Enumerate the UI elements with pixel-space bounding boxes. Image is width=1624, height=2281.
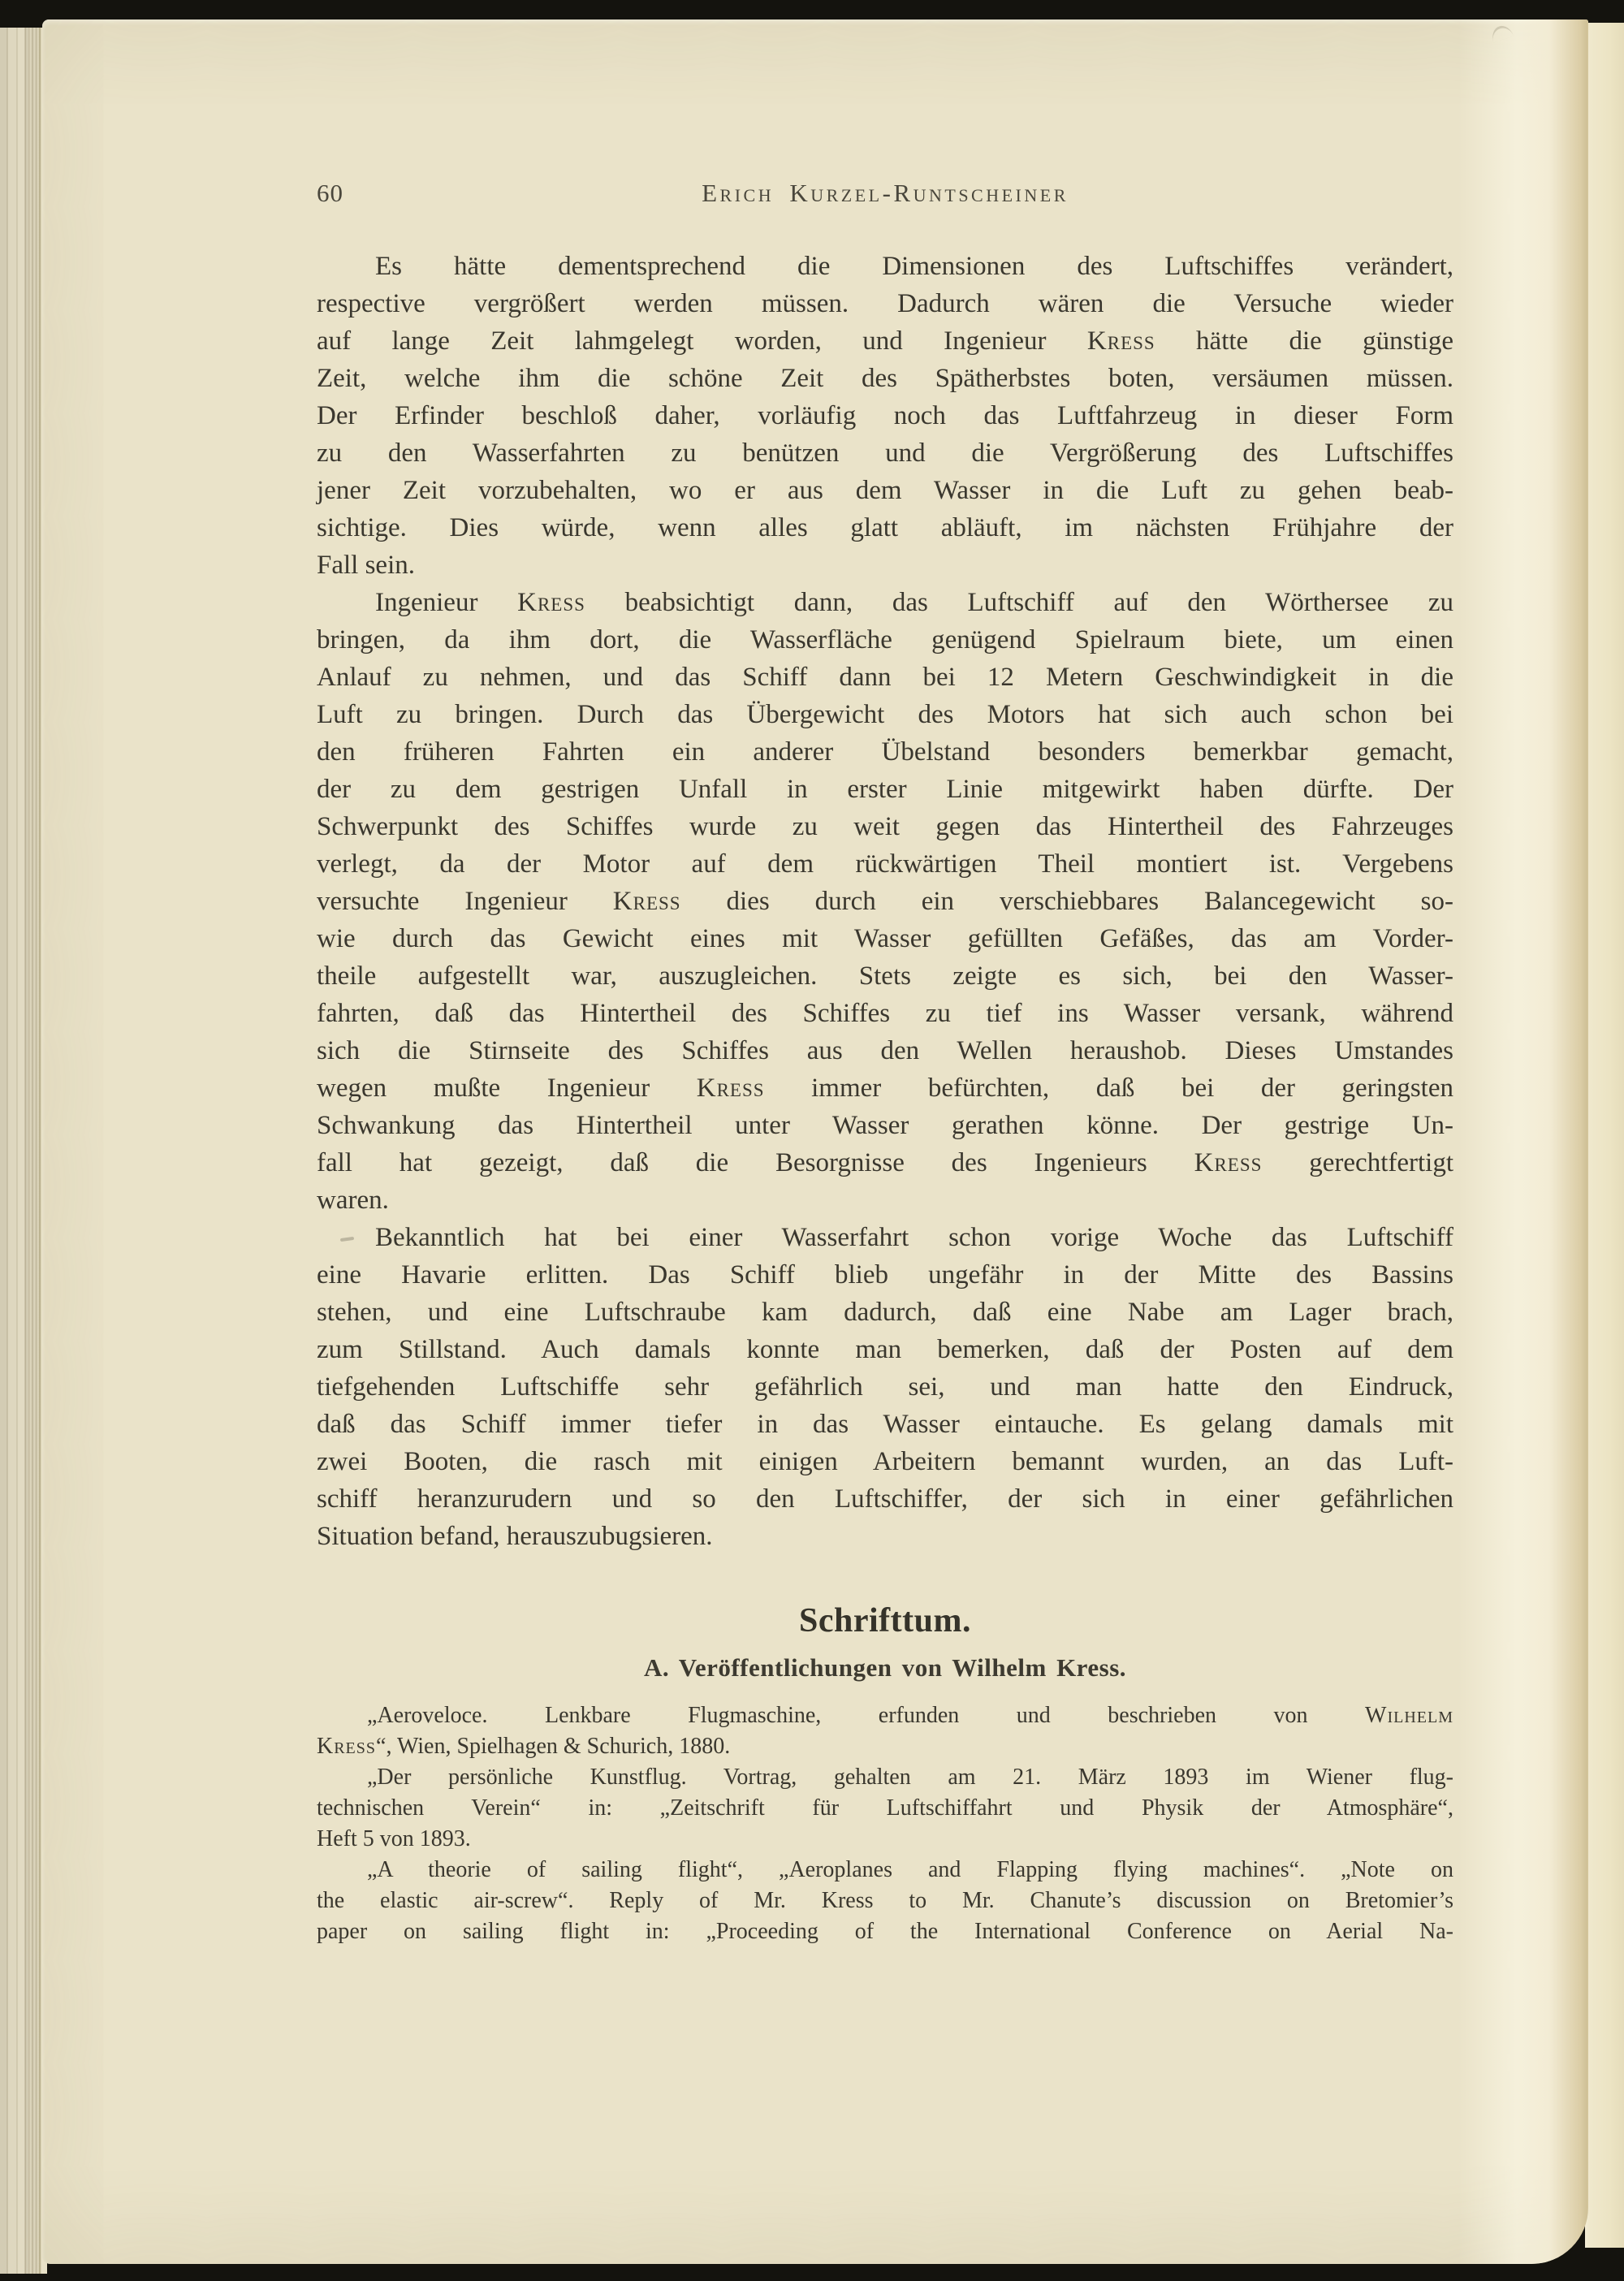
page-stack-fore-edge [0, 28, 47, 2274]
text-line: schiff heranzurudern und so den Luftschi… [317, 1480, 1453, 1518]
text-line: Heft 5 von 1893. [317, 1824, 1453, 1855]
text-line: sichtige. Dies würde, wenn alles glatt a… [317, 509, 1453, 546]
text-line: Der Erfinder beschloß daher, vorläufig n… [317, 397, 1453, 434]
small-caps-name: Kress [1087, 326, 1155, 356]
text-line: zum Stillstand. Auch damals konnte man b… [317, 1331, 1453, 1368]
text-line: Kress“, Wien, Spielhagen & Schurich, 188… [317, 1731, 1453, 1762]
text-line: versuchte Ingenieur Kress dies durch ein… [317, 883, 1453, 920]
paragraph: Bekanntlich hat bei einer Wasserfahrt sc… [317, 1219, 1453, 1555]
small-caps-name: Kress [1194, 1148, 1263, 1177]
paragraph: Ingenieur Kress beabsichtigt dann, das L… [317, 584, 1453, 1219]
text-line: respective vergrößert werden müssen. Dad… [317, 285, 1453, 322]
text-line: Luft zu bringen. Durch das Übergewicht d… [317, 696, 1453, 733]
text-line: fall hat gezeigt, daß die Besorgnisse de… [317, 1144, 1453, 1182]
text-line: Fall sein. [317, 546, 1453, 584]
text-line: Zeit, welche ihm die schöne Zeit des Spä… [317, 360, 1453, 397]
small-caps-name: Wilhelm [1365, 1703, 1453, 1728]
text-line: theile aufgestellt war, auszugleichen. S… [317, 957, 1453, 995]
text-line: fahrten, daß das Hintertheil des Schiffe… [317, 995, 1453, 1032]
bibliography: „Aeroveloce. Lenkbare Flugmaschine, erfu… [317, 1700, 1453, 1947]
text-line: eine Havarie erlitten. Das Schiff blieb … [317, 1256, 1453, 1294]
bibliography-entry: „A theorie of sailing flight“, „Aeroplan… [317, 1855, 1453, 1947]
bibliography-entry: „Der persönliche Kunstflug. Vortrag, geh… [317, 1762, 1453, 1855]
small-caps-name: Kress [613, 887, 681, 916]
text-line: Situation befand, herauszubugsieren. [317, 1518, 1453, 1555]
text-line: „Der persönliche Kunstflug. Vortrag, geh… [317, 1762, 1453, 1793]
text-line: tiefgehenden Luftschiffe sehr gefährlich… [317, 1368, 1453, 1406]
text-line: jener Zeit vorzubehalten, wo er aus dem … [317, 472, 1453, 509]
text-line: wegen mußte Ingenieur Kress immer befürc… [317, 1069, 1453, 1107]
bibliography-entry: „Aeroveloce. Lenkbare Flugmaschine, erfu… [317, 1700, 1453, 1762]
text-line: stehen, und eine Luftschraube kam dadurc… [317, 1294, 1453, 1331]
small-caps-name: Kress [517, 588, 585, 617]
text-line: den früheren Fahrten ein anderer Übelsta… [317, 733, 1453, 771]
facing-page-sliver [1585, 23, 1624, 2248]
text-line: sich die Stirnseite des Schiffes aus den… [317, 1032, 1453, 1069]
paragraph: Es hätte dementsprechend die Dimensionen… [317, 248, 1453, 584]
text-line: „Aeroveloce. Lenkbare Flugmaschine, erfu… [317, 1700, 1453, 1731]
text-line: paper on sailing flight in: „Proceeding … [317, 1916, 1453, 1947]
article-body: Es hätte dementsprechend die Dimensionen… [317, 248, 1453, 1555]
text-line: Anlauf zu nehmen, und das Schiff dann be… [317, 659, 1453, 696]
text-line: Ingenieur Kress beabsichtigt dann, das L… [317, 584, 1453, 621]
text-line: „A theorie of sailing flight“, „Aeroplan… [317, 1855, 1453, 1886]
text-line: technischen Verein“ in: „Zeitschrift für… [317, 1793, 1453, 1824]
text-line: verlegt, da der Motor auf dem rückwärtig… [317, 845, 1453, 883]
text-line: daß das Schiff immer tiefer in das Wasse… [317, 1406, 1453, 1443]
text-line: Es hätte dementsprechend die Dimensionen… [317, 248, 1453, 285]
small-caps-name: Kress [697, 1074, 765, 1103]
text-line: auf lange Zeit lahmgelegt worden, und In… [317, 322, 1453, 360]
text-line: Schwerpunkt des Schiffes wurde zu weit g… [317, 808, 1453, 845]
section-heading: Schrifttum. [317, 1601, 1453, 1640]
subsection-heading: A. Veröffentlichungen von Wilhelm Kress. [317, 1653, 1453, 1683]
text-line: Bekanntlich hat bei einer Wasserfahrt sc… [317, 1219, 1453, 1256]
text-line: wie durch das Gewicht eines mit Wasser g… [317, 920, 1453, 957]
text-line: waren. [317, 1182, 1453, 1219]
running-header: Erich Kurzel-Runtscheiner [317, 179, 1453, 208]
text-line: der zu dem gestrigen Unfall in erster Li… [317, 771, 1453, 808]
small-caps-name: Kress [317, 1734, 376, 1759]
text-line: bringen, da ihm dort, die Wasserfläche g… [317, 621, 1453, 659]
text-line: the elastic air-screw“. Reply of Mr. Kre… [317, 1886, 1453, 1916]
text-line: zu den Wasserfahrten zu benützen und die… [317, 434, 1453, 472]
text-line: Schwankung das Hintertheil unter Wasser … [317, 1107, 1453, 1144]
text-line: zwei Booten, die rasch mit einigen Arbei… [317, 1443, 1453, 1480]
scanned-book-photo: 60 Erich Kurzel-Runtscheiner Es hätte de… [0, 0, 1624, 2281]
